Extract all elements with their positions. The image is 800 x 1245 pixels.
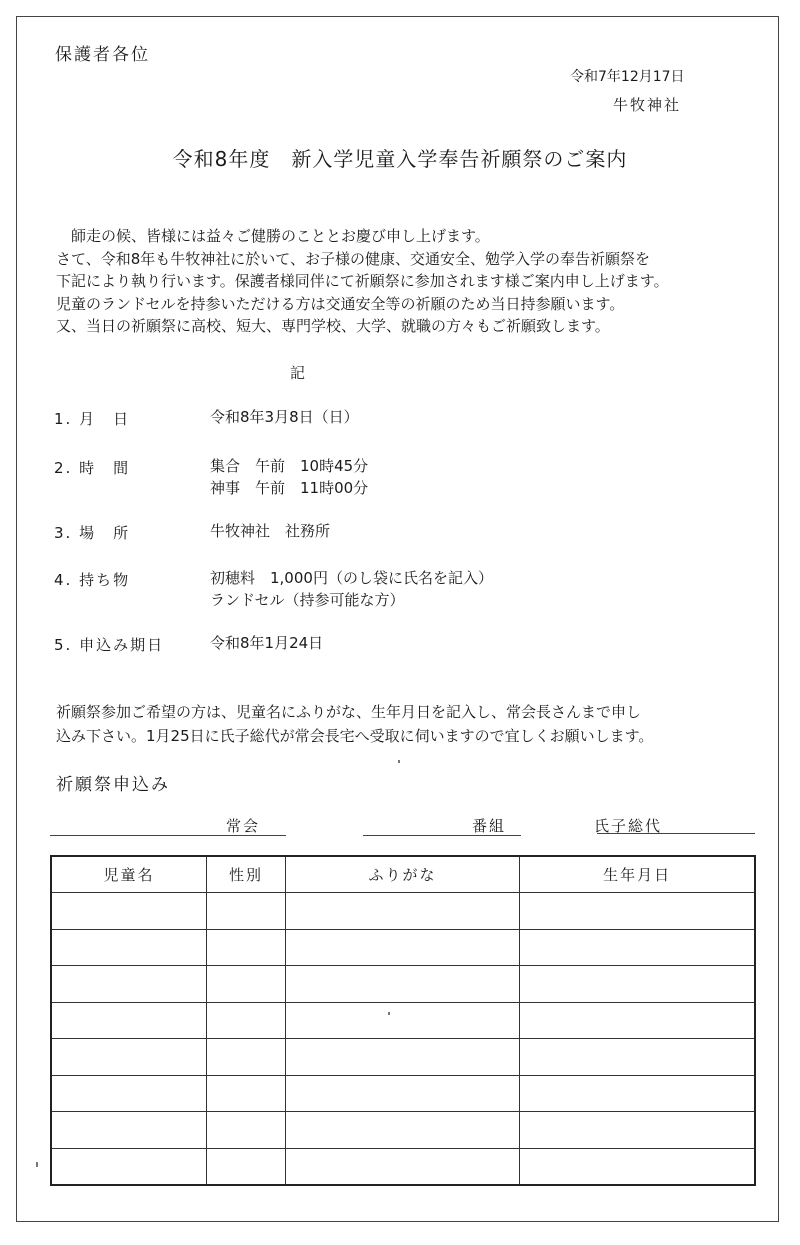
- body-line: 児童のランドセルを持参いただける方は交通安全等の祈願のため当日持参願います。: [56, 293, 669, 316]
- cell-birthdate[interactable]: [520, 966, 755, 1003]
- cell-birthdate[interactable]: [520, 1075, 755, 1112]
- column-header-child-name: 児童名: [51, 856, 207, 893]
- cell-furigana[interactable]: [285, 929, 519, 966]
- cell-birthdate[interactable]: [520, 893, 755, 930]
- table-row: [51, 1002, 755, 1039]
- scan-speck: [388, 1012, 390, 1015]
- note-line: 祈願祭参加ご希望の方は、児童名にふりがな、生年月日を記入し、常会長さんまで申し: [56, 700, 653, 724]
- issue-date: 令和7年12月17日: [570, 66, 685, 86]
- item-value-date: 令和8年3月8日（日）: [210, 406, 359, 428]
- item-value-line: ランドセル（持参可能な方）: [210, 589, 493, 611]
- cell-child-name[interactable]: [51, 966, 207, 1003]
- item-value-deadline: 令和8年1月24日: [210, 632, 323, 654]
- item-value-belongings: 初穂料 1,000円（のし袋に氏名を記入） ランドセル（持参可能な方）: [210, 567, 493, 611]
- item-label-time: 2. 時 間: [54, 457, 130, 478]
- cell-birthdate[interactable]: [520, 1148, 755, 1185]
- cell-child-name[interactable]: [51, 1112, 207, 1149]
- cell-child-name[interactable]: [51, 1039, 207, 1076]
- item-value-place: 牛牧神社 社務所: [210, 520, 330, 542]
- document-title: 令和8年度 新入学児童入学奉告祈願祭のご案内: [0, 143, 800, 172]
- table-row: [51, 893, 755, 930]
- body-line: さて、令和8年も牛牧神社に於いて、お子様の健康、交通安全、勉学入学の奉告祈願祭を: [56, 248, 669, 271]
- item-value-time: 集合 午前 10時45分 神事 午前 11時00分: [210, 455, 368, 499]
- cell-birthdate[interactable]: [520, 1039, 755, 1076]
- table-row: [51, 966, 755, 1003]
- cell-gender[interactable]: [207, 929, 286, 966]
- cell-birthdate[interactable]: [520, 1002, 755, 1039]
- jokai-label: 常会: [226, 815, 260, 836]
- table-row: [51, 1075, 755, 1112]
- item-value-line: 令和8年1月24日: [210, 632, 323, 654]
- cell-birthdate[interactable]: [520, 1112, 755, 1149]
- bangumi-label: 番組: [472, 815, 506, 836]
- cell-furigana[interactable]: [285, 1075, 519, 1112]
- cell-furigana[interactable]: [285, 1039, 519, 1076]
- item-label-date: 1. 月 日: [54, 408, 130, 429]
- form-title: 祈願祭申込み: [56, 770, 170, 795]
- ki-heading: 記: [290, 362, 305, 383]
- cell-furigana[interactable]: [285, 1148, 519, 1185]
- item-label-deadline: 5. 申込み期日: [54, 634, 164, 655]
- application-note: 祈願祭参加ご希望の方は、児童名にふりがな、生年月日を記入し、常会長さんまで申し …: [56, 700, 653, 748]
- cell-child-name[interactable]: [51, 893, 207, 930]
- cell-furigana[interactable]: [285, 1112, 519, 1149]
- table-row: [51, 1039, 755, 1076]
- addressee: 保護者各位: [55, 40, 150, 65]
- cell-gender[interactable]: [207, 893, 286, 930]
- issuer: 牛牧神社: [613, 94, 681, 115]
- cell-furigana[interactable]: [285, 893, 519, 930]
- table-row: [51, 1112, 755, 1149]
- cell-child-name[interactable]: [51, 1148, 207, 1185]
- cell-child-name[interactable]: [51, 929, 207, 966]
- ujiko-field[interactable]: [597, 833, 755, 834]
- cell-gender[interactable]: [207, 1112, 286, 1149]
- item-label-belongings: 4. 持ち物: [54, 569, 130, 590]
- cell-gender[interactable]: [207, 1002, 286, 1039]
- cell-gender[interactable]: [207, 1039, 286, 1076]
- cell-furigana[interactable]: [285, 966, 519, 1003]
- table-row: [51, 1148, 755, 1185]
- cell-birthdate[interactable]: [520, 929, 755, 966]
- body-line: 又、当日の祈願祭に高校、短大、専門学校、大学、就職の方々もご祈願致します。: [56, 315, 669, 338]
- application-table: 児童名 性別 ふりがな 生年月日: [50, 855, 756, 1186]
- item-value-line: 神事 午前 11時00分: [210, 477, 368, 499]
- body-line: 師走の候、皆様には益々ご健勝のこととお慶び申し上げます。: [56, 225, 669, 248]
- item-value-line: 集合 午前 10時45分: [210, 455, 368, 477]
- body-line: 下記により執り行います。保護者様同伴にて祈願祭に参加されます様ご案内申し上げます…: [56, 270, 669, 293]
- table-header-row: 児童名 性別 ふりがな 生年月日: [51, 856, 755, 893]
- item-value-line: 初穂料 1,000円（のし袋に氏名を記入）: [210, 567, 493, 589]
- item-value-line: 牛牧神社 社務所: [210, 520, 330, 542]
- item-label-place: 3. 場 所: [54, 522, 130, 543]
- cell-gender[interactable]: [207, 1148, 286, 1185]
- column-header-furigana: ふりがな: [285, 856, 519, 893]
- column-header-birthdate: 生年月日: [520, 856, 755, 893]
- scan-speck: [36, 1162, 38, 1167]
- column-header-gender: 性別: [207, 856, 286, 893]
- cell-child-name[interactable]: [51, 1075, 207, 1112]
- cell-child-name[interactable]: [51, 1002, 207, 1039]
- table-row: [51, 929, 755, 966]
- scan-speck: [398, 760, 400, 763]
- body-paragraph: 師走の候、皆様には益々ご健勝のこととお慶び申し上げます。 さて、令和8年も牛牧神…: [56, 225, 669, 338]
- cell-gender[interactable]: [207, 966, 286, 1003]
- note-line: 込み下さい。1月25日に氏子総代が常会長宅へ受取に伺いますので宜しくお願いします…: [56, 724, 653, 748]
- item-value-line: 令和8年3月8日（日）: [210, 406, 359, 428]
- cell-gender[interactable]: [207, 1075, 286, 1112]
- cell-furigana[interactable]: [285, 1002, 519, 1039]
